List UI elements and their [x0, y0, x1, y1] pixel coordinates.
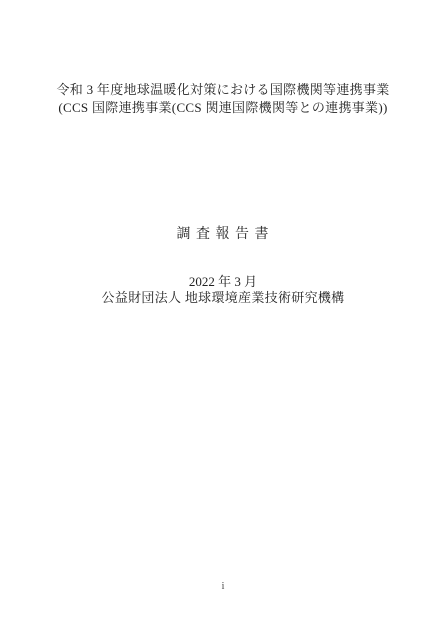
document-title-line2: (CCS 国際連携事業(CCS 関連国際機関等との連携事業)) — [0, 99, 446, 117]
organization-name: 公益財団法人 地球環境産業技術研究機構 — [0, 287, 446, 306]
report-cover-page: 令和 3 年度地球温暖化対策における国際機関等連携事業 (CCS 国際連携事業(… — [0, 0, 446, 630]
document-title-line1: 令和 3 年度地球温暖化対策における国際機関等連携事業 — [0, 81, 446, 99]
report-title: 調 査 報 告 書 — [0, 223, 446, 243]
page-number: i — [0, 581, 446, 592]
document-title-block: 令和 3 年度地球温暖化対策における国際機関等連携事業 (CCS 国際連携事業(… — [0, 81, 446, 116]
